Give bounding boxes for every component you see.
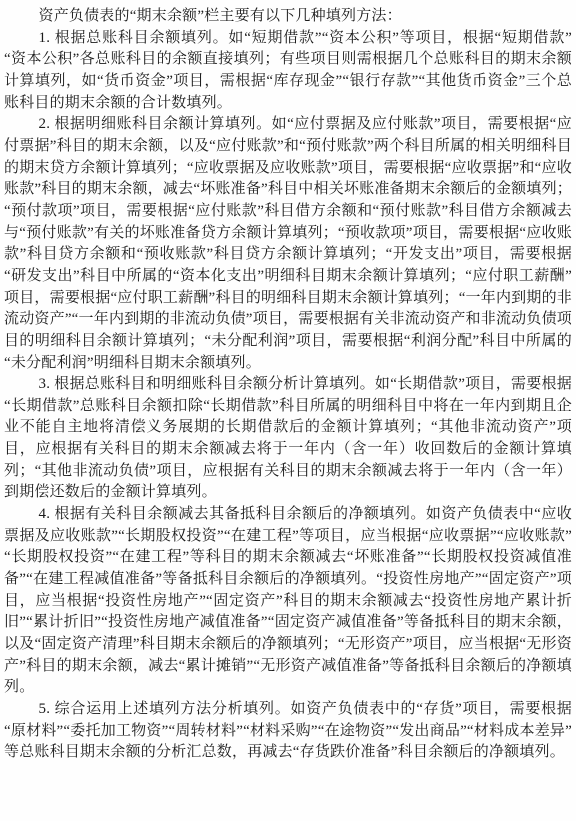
method-2-paragraph: 2. 根据明细账科目余额计算填列。如“应付票据及应付账款”项目，需要根据“应付票… bbox=[4, 114, 572, 374]
intro-paragraph: 资产负债表的“期末余额”栏主要有以下几种填列方法： bbox=[4, 6, 572, 28]
method-4-paragraph: 4. 根据有关科目余额减去其备抵科目余额后的净额填列。如资产负债表中“应收票据及… bbox=[4, 504, 572, 699]
method-5-paragraph: 5. 综合运用上述填列方法分析填列。如资产负债表中的“存货”项目，需要根据“原材… bbox=[4, 699, 572, 764]
method-1-paragraph: 1. 根据总账科目余额填列。如“短期借款”“资本公积”等项目，根据“短期借款”“… bbox=[4, 28, 572, 115]
document-page: 资产负债表的“期末余额”栏主要有以下几种填列方法： 1. 根据总账科目余额填列。… bbox=[0, 0, 576, 821]
method-3-paragraph: 3. 根据总账科目和明细账科目余额分析计算填列。如“长期借款”项目，需要根据“长… bbox=[4, 374, 572, 504]
